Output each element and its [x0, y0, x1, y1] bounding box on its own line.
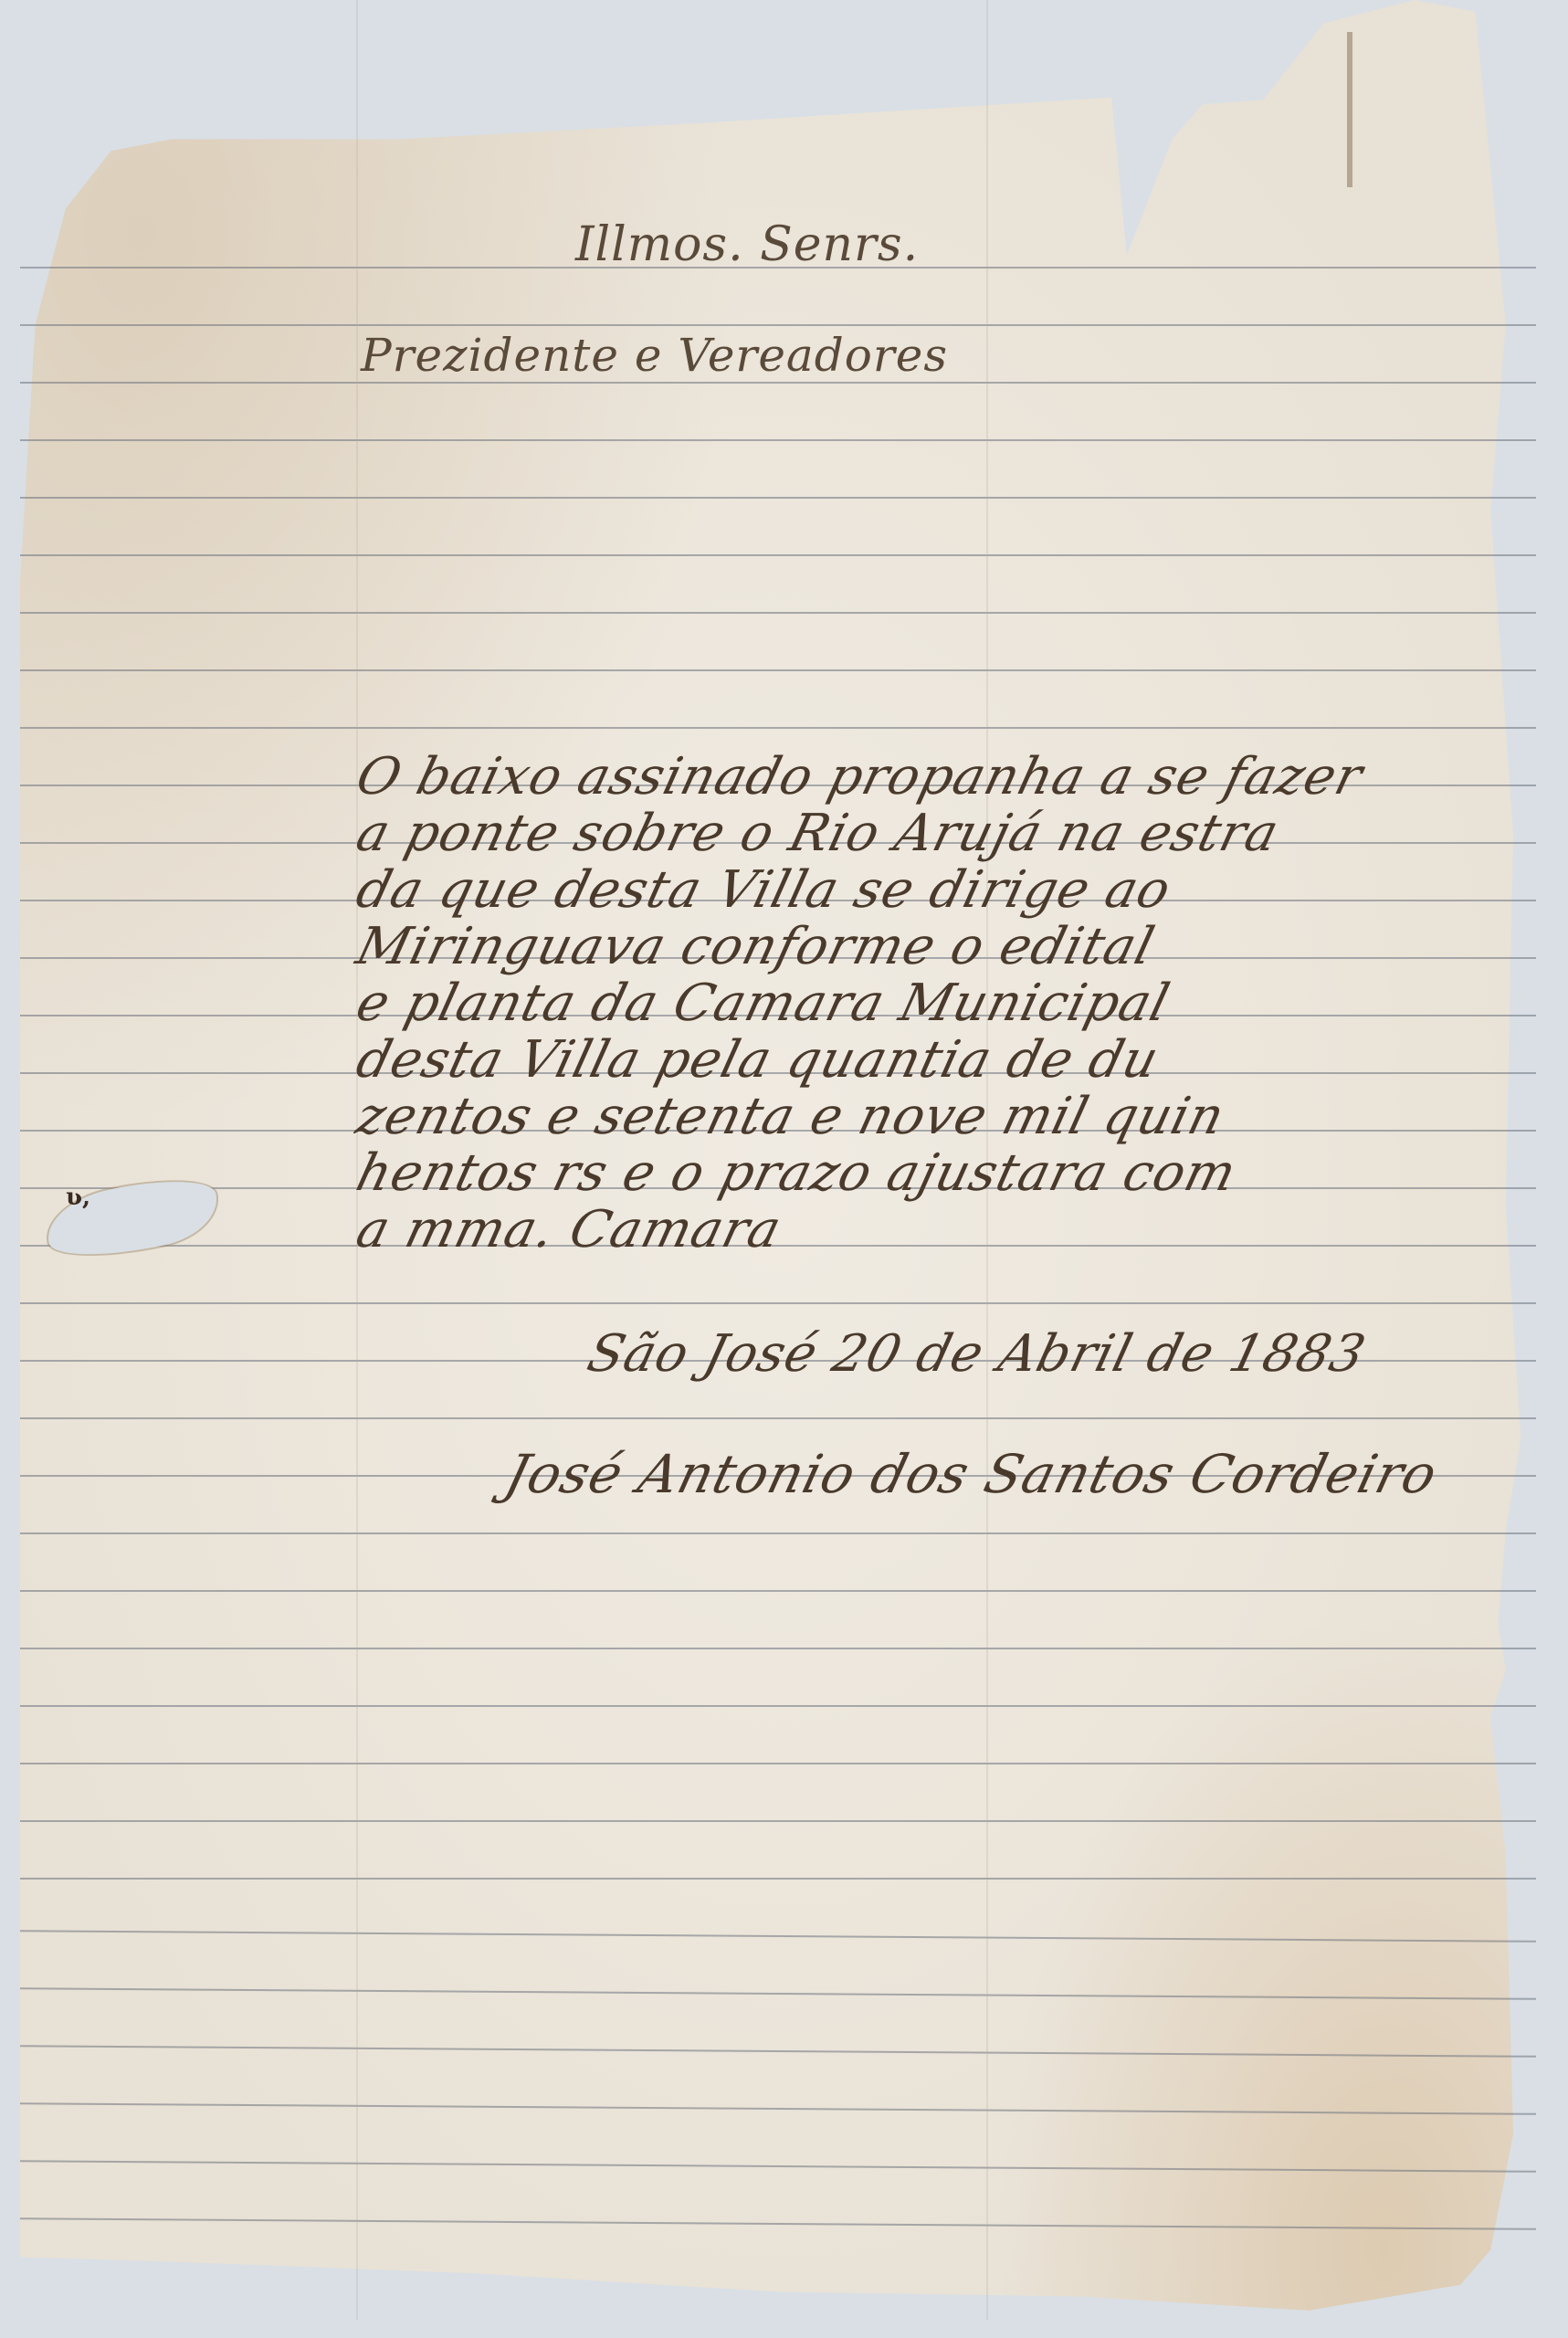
paper-crease: [356, 0, 358, 2320]
signature: José Antonio dos Santos Cordeiro: [500, 1443, 1444, 1505]
body-line: desta Villa pela quantia de du: [351, 1030, 1165, 1090]
body-line: a mma. Camara: [351, 1200, 787, 1259]
body-line: hentos rs e o prazo ajustara com: [351, 1143, 1243, 1203]
salutation-line-2: Prezidente e Vereadores: [361, 329, 948, 382]
body-line: e planta da Camara Municipal: [351, 974, 1176, 1033]
body-line: a ponte sobre o Rio Arujá na estra: [351, 804, 1285, 863]
torn-corner-fold: [1347, 32, 1352, 187]
body-line: zentos e setenta e nove mil quin: [351, 1087, 1231, 1146]
body-line: O baixo assinado propanha a se fazer: [351, 747, 1369, 806]
body-line: da que desta Villa se dirige ao: [351, 860, 1177, 920]
salutation-line-1: Illmos. Senrs.: [575, 217, 919, 272]
ink-blot: ʋ,: [66, 1184, 90, 1211]
body-line: Miringuava conforme o edital: [351, 917, 1161, 976]
place-and-date: São José 20 de Abril de 1883: [582, 1324, 1372, 1384]
